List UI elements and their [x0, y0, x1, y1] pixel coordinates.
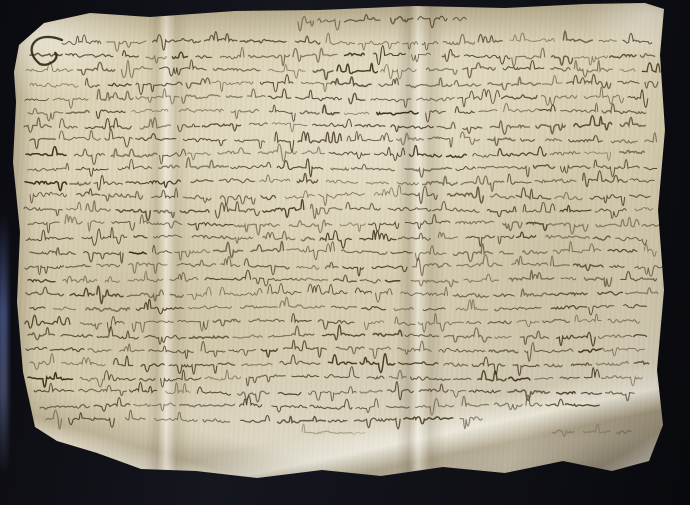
photo-background	[0, 0, 690, 505]
photo-edge-glint	[0, 212, 8, 475]
parchment-sheet	[0, 0, 690, 505]
initial-capital-flourish	[32, 37, 62, 65]
handwriting-ink	[0, 0, 690, 505]
manuscript-photo	[0, 0, 700, 511]
